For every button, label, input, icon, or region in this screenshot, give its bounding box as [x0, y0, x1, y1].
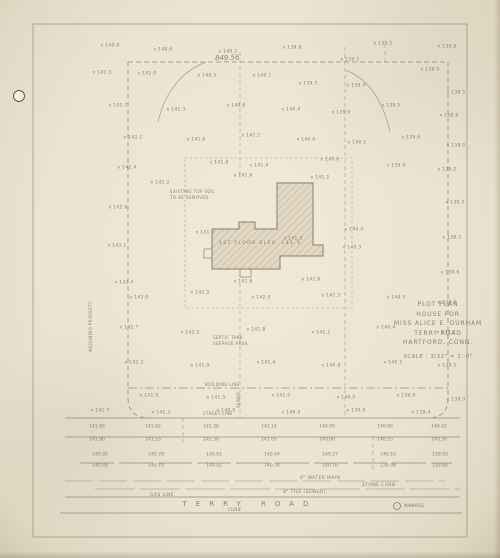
spot-elevation: x 140.1: [347, 141, 366, 146]
utility-label: STONE CURB: [362, 483, 395, 488]
utility-label: 8" TILE (SEWER): [283, 490, 326, 495]
utility-label: GAS LINE: [150, 493, 174, 498]
spot-elevation: x 139.3: [445, 201, 464, 206]
spot-elevation: x 142.3: [180, 331, 199, 336]
spot-elevation: x 141.5: [206, 396, 225, 401]
adjoining-property-label: ADJOINING PROPERTY: [88, 301, 94, 352]
station-elevation-lower: 141.30: [203, 438, 219, 443]
spot-elevation: x 141.3: [151, 411, 170, 416]
spot-elevation: x 141.1: [241, 134, 260, 139]
spot-elevation: x 139.3: [446, 398, 465, 403]
station-elevation-lower: 141.05: [261, 438, 277, 443]
spot-elevation: x 142.5: [190, 291, 209, 296]
house-steps: [240, 269, 251, 277]
spot-elevation: x 139.6: [401, 136, 420, 141]
station-elevation-lower: 139.80: [432, 464, 448, 469]
spot-elevation: x 138.5: [446, 91, 465, 96]
station-elevation-upper: 141.38: [203, 425, 219, 430]
station-elevation-lower: 140.52: [206, 464, 222, 469]
spot-elevation: x 141.8: [209, 161, 228, 166]
station-elevation-upper: 140.27: [322, 453, 338, 458]
station-elevation-lower: 141.80: [89, 438, 105, 443]
spot-elevation: x 140.6: [320, 158, 339, 163]
station-elevation-upper: 140.90: [319, 425, 335, 430]
manhole-circle: [394, 503, 401, 510]
house-bay: [204, 249, 212, 258]
spot-elevation: x 139.7: [298, 82, 317, 87]
spot-elevation: x 141.8: [233, 280, 252, 285]
spot-elevation: x 139.5: [340, 58, 359, 63]
spot-elevation: x 141.5: [195, 231, 214, 236]
station-elevation-lower: 140.88: [92, 464, 108, 469]
station-elevation-upper: 141.14: [261, 425, 277, 430]
station-elevation-upper: 141.86: [89, 425, 105, 430]
spot-elevation: x 140.1: [252, 74, 271, 79]
spot-elevation: x 141.6: [301, 278, 320, 283]
street-line-label: STREET LINE: [203, 411, 233, 417]
spot-elevation: x 141.4: [256, 361, 275, 366]
spot-elevation: x 143.4: [114, 281, 133, 286]
station-elevation-lower: 139.98: [380, 464, 396, 469]
spot-elevation: x 139.4: [346, 84, 365, 89]
station-elevation-lower: 140.55: [377, 438, 393, 443]
spot-elevation: x 141.8: [246, 328, 265, 333]
spot-elevation: x 141.9: [139, 394, 158, 399]
septic-note-line: SEEPAGE AREA: [213, 341, 248, 347]
spot-elevation: x 141.4: [249, 164, 268, 169]
station-elevation-lower: 140.16: [322, 464, 338, 469]
spot-elevation: x 143.0: [129, 296, 148, 301]
spot-elevation: x 142.0: [251, 296, 270, 301]
spot-elevation: x 141.6: [233, 174, 252, 179]
spot-elevation: x 140.6: [153, 48, 172, 53]
spot-elevation: x 142.2: [150, 181, 169, 186]
station-elevation-upper: 140.42: [431, 425, 447, 430]
spot-elevation: x 139.6: [440, 271, 459, 276]
station-elevation-upper: 140.61: [206, 453, 222, 458]
utility-label: 6" WATER MAIN: [300, 476, 340, 481]
spot-elevation: x 141.0: [137, 72, 156, 77]
spot-elevation: x 139.5: [437, 364, 456, 369]
spot-elevation: x 140.4: [281, 411, 300, 416]
topsoil-note-line: TO BE REMOVED: [170, 195, 215, 201]
road-name: TERRY ROAD: [140, 500, 360, 508]
spot-elevation: x 139.5: [442, 236, 461, 241]
house-footprint: [204, 183, 323, 277]
station-elevation-upper: 140.95: [92, 453, 108, 458]
curb-label: CURB: [228, 508, 241, 513]
title-line: MISS ALICE E. DURHAM: [388, 319, 488, 329]
station-elevation-upper: 140.10: [380, 453, 396, 458]
spot-elevation: x 139.5: [381, 104, 400, 109]
station-elevation-lower: 140.30: [431, 438, 447, 443]
station-elevation-upper: 140.78: [148, 453, 164, 458]
station-elevation-lower: 141.55: [145, 438, 161, 443]
spot-elevation: x 139.4: [411, 411, 430, 416]
spot-elevation: x 140.6: [296, 138, 315, 143]
spot-elevation: x 141.9: [190, 364, 209, 369]
spot-elevation: x 138.8: [437, 45, 456, 50]
spot-elevation: x 139.2: [373, 42, 392, 47]
title-line: TERRY ROAD: [388, 329, 488, 339]
station-elevation-upper: 141.62: [145, 425, 161, 430]
spot-elevation: x 141.3: [166, 108, 185, 113]
spot-elevation: x 141.7: [90, 409, 109, 414]
spot-elevation: x 139.9: [396, 394, 415, 399]
title-block: PLOT PLAN HOUSE FOR MISS ALICE E. DURHAM…: [388, 300, 488, 362]
title-line: PLOT PLAN: [388, 300, 488, 310]
spot-elevation: x 140.5: [336, 396, 355, 401]
topsoil-note: EXISTING TOP SOIL TO BE REMOVED: [170, 189, 215, 201]
spot-elevation: x 142.7: [119, 326, 138, 331]
station-elevation-upper: 139.93: [432, 453, 448, 458]
station-elevation-lower: 140.70: [148, 464, 164, 469]
spot-elevation: x 142.3: [124, 361, 143, 366]
spot-elevation: x 143.1: [107, 244, 126, 249]
spot-elevation: x 140.4: [281, 108, 300, 113]
spot-elevation: x 140.8: [226, 104, 245, 109]
spot-elevation: x 141.7: [108, 104, 127, 109]
spot-elevation: x 141.3: [92, 71, 111, 76]
spot-elevation: x 142.8: [108, 206, 127, 211]
spot-elevation: x 140.9: [100, 44, 119, 49]
swale-arcs: [158, 62, 390, 132]
title-line: HARTFORD, CONN.: [388, 338, 488, 348]
house-floor-elevation-label: 1ST FLOOR ELEV. 141.5: [219, 241, 301, 246]
spot-elevation: x 139.9: [386, 164, 405, 169]
spot-elevation: x 141.0: [271, 394, 290, 399]
hole-punch: [14, 91, 25, 102]
building-line-label: BUILDING LINE: [205, 382, 240, 388]
spot-elevation: x 139.9: [331, 111, 350, 116]
spot-elevation: x 142.4: [117, 166, 136, 171]
sewer-label: SEWER: [236, 392, 242, 408]
spot-elevation: x 142.1: [123, 136, 142, 141]
septic-note: SEPTIC TANK SEEPAGE AREA: [213, 335, 248, 347]
spot-elevation: x 141.3: [321, 294, 340, 299]
manhole-label: MANHOLE: [404, 503, 424, 508]
scale-note: SCALE : 3/32" = 1'-0": [388, 353, 488, 362]
station-elevation-upper: 140.66: [377, 425, 393, 430]
spot-elevation: x 138.8: [439, 114, 458, 119]
spot-elevation: x 138.9: [420, 68, 439, 73]
road-lines: [60, 418, 462, 513]
station-elevation-upper: 140.44: [264, 453, 280, 458]
plot-plan-sheet: x 140.9x 140.6x 140.2x 139.8x 139.5x 139…: [0, 0, 500, 558]
spot-elevation: x 139.2: [437, 168, 456, 173]
spot-elevation: x 140.5: [197, 74, 216, 79]
spot-elevation: x 140.8: [321, 364, 340, 369]
station-elevation-lower: 140.34: [264, 464, 280, 469]
spot-elevation: x 139.9: [346, 409, 365, 414]
pencil-note: 849.56: [215, 54, 240, 63]
spot-elevation: x 139.8: [282, 46, 301, 51]
spot-elevation: x 141.2: [310, 176, 329, 181]
spot-elevation: x 140.3: [342, 246, 361, 251]
title-line: HOUSE FOR: [388, 310, 488, 320]
spot-elevation: x 141.1: [311, 331, 330, 336]
spot-elevation: x 141.6: [186, 138, 205, 143]
spot-elevation: x 139.0: [446, 144, 465, 149]
station-elevation-lower: 140.80: [319, 438, 335, 443]
spot-elevation: x 140.9: [344, 228, 363, 233]
